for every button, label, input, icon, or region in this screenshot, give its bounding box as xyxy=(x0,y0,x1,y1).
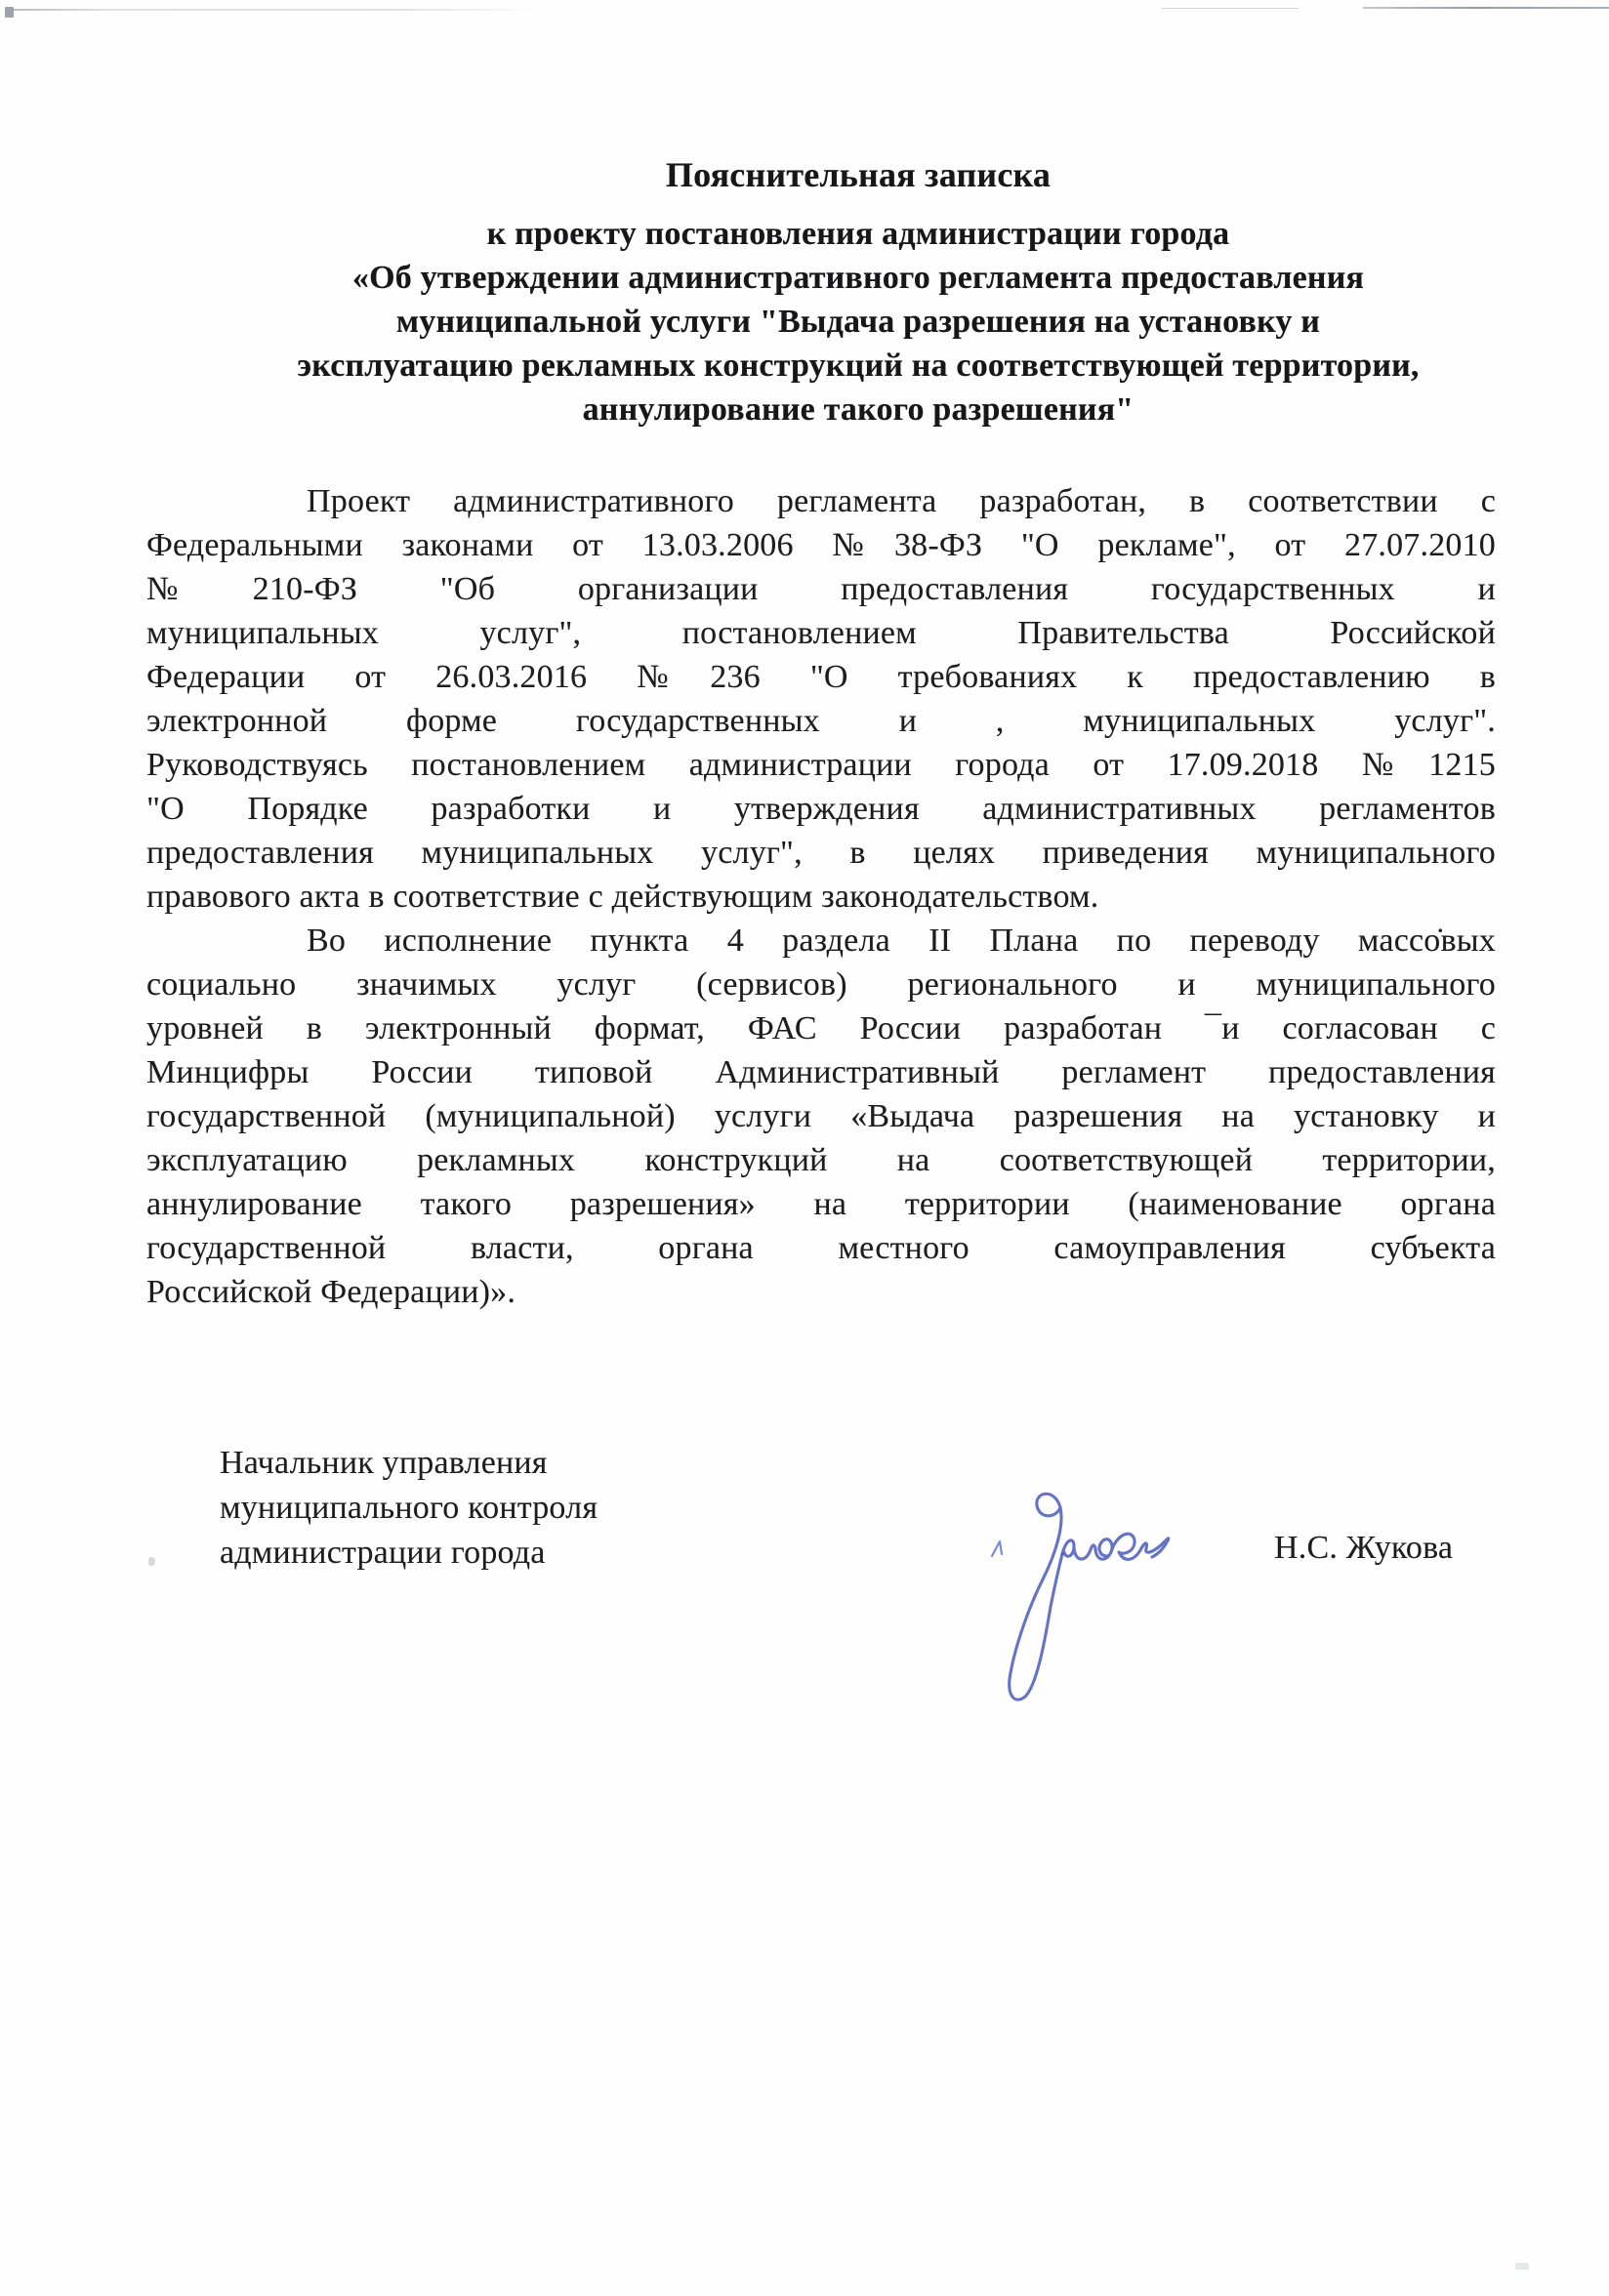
signature-position-line: Начальник управления xyxy=(220,1441,598,1486)
signature-position-line: администрации города xyxy=(220,1531,598,1576)
scan-artifact-top-line-right xyxy=(1363,7,1609,9)
title-subtitle-line: к проекту постановления администрации го… xyxy=(221,212,1496,256)
paragraph-line: электронной форме государственных и , му… xyxy=(146,699,1496,743)
paragraph-line: Федеральными законами от 13.03.2006 №38-… xyxy=(146,523,1496,567)
title-subtitle-line: муниципальной услуги "Выдача разрешения … xyxy=(221,300,1496,344)
paragraph-line: предоставления муниципальных услуг", в ц… xyxy=(146,831,1496,875)
scan-artifact-top-speck xyxy=(5,7,14,18)
title-subtitle-line: аннулирование такого разрешения" xyxy=(221,388,1496,431)
paragraph-line: муниципальных услуг", постановлением Пра… xyxy=(146,611,1496,655)
title-block: Пояснительная записка к проекту постанов… xyxy=(146,153,1496,431)
signature-stroke xyxy=(1062,1534,1169,1559)
document-title: Пояснительная записка xyxy=(221,153,1496,197)
signature-stroke xyxy=(992,1541,1002,1556)
scan-artifact-bottom-speck xyxy=(1515,2263,1529,2270)
paragraph-line: уровней в электронный формат, ФАС России… xyxy=(146,1006,1496,1050)
paragraph-line: правового акта в соответствие с действую… xyxy=(146,875,1496,919)
signee-name: Н.С. Жукова xyxy=(1274,1526,1453,1571)
paragraph-line: Федерации от 26.03.2016 №236 "О требован… xyxy=(146,655,1496,699)
paragraph-line: Проект административного регламента разр… xyxy=(146,479,1496,523)
paragraph-line: государственной власти, органа местного … xyxy=(146,1226,1496,1270)
title-subtitle-line: «Об утверждении административного реглам… xyxy=(221,256,1496,300)
paragraph-line: социально значимых услуг (сервисов) реги… xyxy=(146,963,1496,1006)
paragraph-line: №210-ФЗ "Об организации предоставления г… xyxy=(146,567,1496,611)
body-text: Проект административного регламента разр… xyxy=(146,479,1496,1314)
paragraph-line: "О Порядке разработки и утверждения адми… xyxy=(146,787,1496,831)
paragraph-line: государственной (муниципальной) услуги «… xyxy=(146,1094,1496,1138)
paragraph-line: Во исполнение пункта 4 раздела II Плана … xyxy=(146,919,1496,963)
paragraph-line: Минцифры России типовой Административный… xyxy=(146,1050,1496,1094)
title-subtitle-line: эксплуатацию рекламных конструкций на со… xyxy=(221,344,1496,388)
signature-position-line: муниципального контроля xyxy=(220,1486,598,1531)
paragraph-line: Российской Федерации)». xyxy=(146,1270,1496,1314)
signature-stroke xyxy=(1010,1494,1062,1700)
paragraph-line: эксплуатацию рекламных конструкций на со… xyxy=(146,1138,1496,1182)
scan-artifact-top-line-middle xyxy=(1162,8,1299,9)
signature-position-block: Начальник управления муниципального конт… xyxy=(220,1441,598,1576)
paragraph-line: аннулирование такого разрешения» на терр… xyxy=(146,1182,1496,1226)
handwritten-signature xyxy=(976,1482,1172,1711)
scan-artifact-left-speck xyxy=(148,1557,155,1566)
paragraph-line: Руководствуясь постановлением администра… xyxy=(146,743,1496,787)
document-page: Пояснительная записка к проекту постанов… xyxy=(0,0,1609,2296)
scan-artifact-top-line-left xyxy=(8,9,547,11)
